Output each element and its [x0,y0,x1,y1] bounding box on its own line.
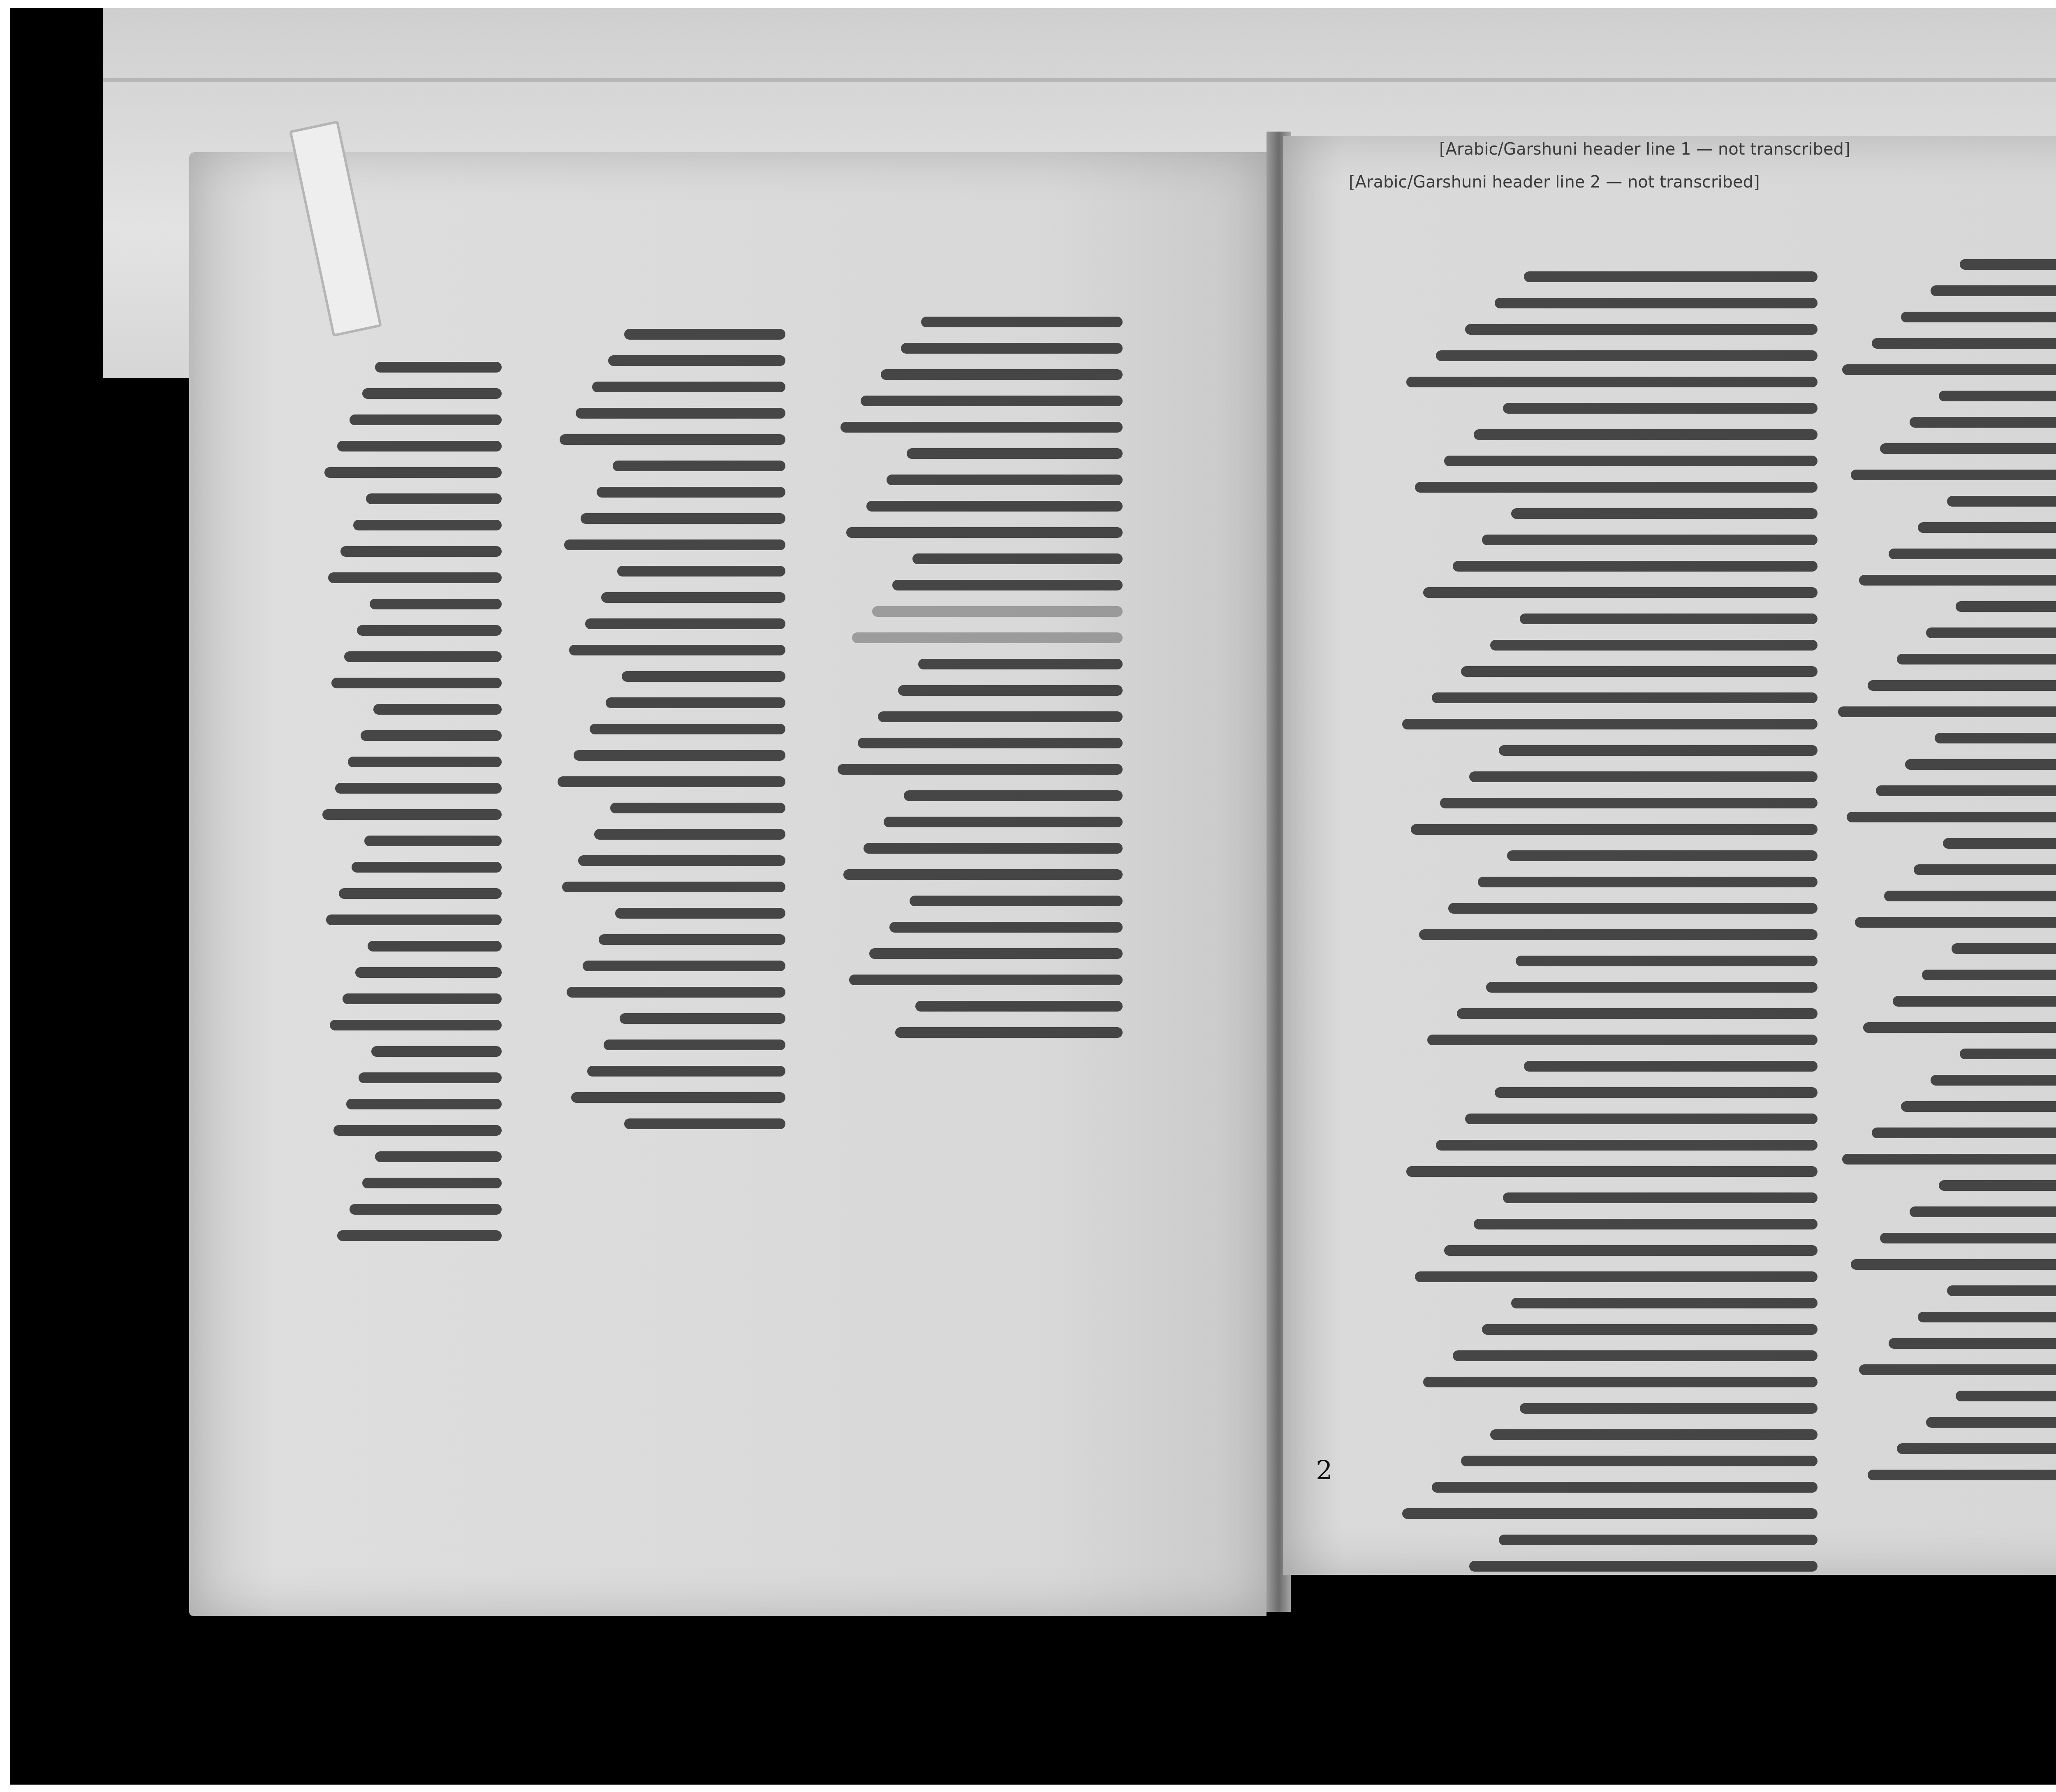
script-line [869,948,1123,959]
script-line [1469,1561,1818,1572]
script-line [1444,456,1818,466]
right-page: [Arabic/Garshuni header line 1 — not tra… [1283,136,2056,1575]
script-line [907,448,1123,459]
script-line [1524,271,1818,282]
script-line [1419,929,1818,940]
script-line [1868,680,2056,691]
script-line [1956,1391,2056,1401]
script-line [1402,719,1818,729]
script-line [622,671,785,682]
script-line [1901,1101,2056,1112]
script-line [1503,1192,1818,1203]
script-line [861,396,1123,406]
left-page-column-1 [321,362,502,1241]
script-line [892,580,1123,590]
script-line [1499,745,1818,756]
left-page [189,152,1266,1616]
script-line [362,1178,502,1188]
script-line [1499,1535,1818,1545]
script-line [1490,1429,1818,1440]
script-line [878,711,1123,722]
script-line [1876,785,2056,796]
script-line [1495,298,1818,308]
script-line [1507,850,1818,861]
open-manuscript: [Arabic/Garshuni header line 1 — not tra… [123,107,2056,1628]
right-page-header-line-2: [Arabic/Garshuni header line 2 — not tra… [1349,173,1760,192]
script-line [567,987,785,998]
script-line [1440,798,1818,808]
script-line [1436,350,1818,361]
script-line [1457,1008,1818,1019]
script-line [1453,561,1818,572]
script-line [1851,470,2056,480]
script-line [1947,496,2056,507]
shelf-line [103,78,2056,82]
script-line [1402,1508,1818,1519]
script-line [322,809,502,820]
script-line [1495,1087,1818,1098]
script-line [884,817,1123,827]
script-line [1918,522,2056,533]
script-line [585,618,785,629]
script-line [610,803,785,813]
script-line [624,1118,785,1129]
script-line [1511,508,1818,519]
script-line [339,888,502,899]
script-line [1406,1166,1818,1177]
script-line [1863,1022,2056,1033]
script-line [357,625,502,636]
script-line [359,1072,502,1083]
script-line [1847,812,2056,822]
script-line [368,941,502,952]
script-line [898,685,1123,696]
script-line [858,738,1123,748]
script-line [1465,324,1818,335]
script-line [840,422,1123,433]
script-line [887,475,1123,485]
script-line [576,408,785,419]
script-line [583,961,785,971]
script-line [1474,429,1818,440]
script-line [592,382,785,392]
script-line [1889,1338,2056,1349]
script-line [560,434,785,445]
script-line [918,659,1123,669]
script-line [1432,1482,1818,1493]
script-line [624,329,785,340]
script-line [846,527,1123,538]
script-line [581,513,785,524]
script-line [912,553,1123,564]
script-line [324,467,502,478]
script-line [1511,1298,1818,1308]
script-line [1453,1350,1818,1361]
script-line [1474,1219,1818,1229]
script-line [352,862,502,873]
right-page-column-1 [1398,271,1818,1572]
script-line [1423,1377,1818,1387]
script-line [1914,864,2056,875]
script-line [337,441,502,451]
script-line [1905,759,2056,770]
script-line [843,869,1123,880]
script-line [370,599,502,609]
script-line [599,934,785,945]
script-line [1482,1324,1818,1335]
script-line [564,539,785,550]
script-line [838,764,1123,775]
script-line [1478,877,1818,887]
script-line [1880,443,2056,454]
script-line [606,697,785,708]
script-line [1926,1417,2056,1428]
script-line [1897,654,2056,664]
script-line [562,882,785,892]
script-line [849,975,1123,985]
script-line [915,1001,1123,1012]
script-line [590,724,785,734]
script-line [1842,364,2056,375]
right-page-column-2 [1834,259,2056,1480]
script-line [1461,666,1818,677]
script-line [330,1020,502,1030]
script-line [866,501,1123,512]
script-line [1482,535,1818,545]
script-line [1516,956,1818,966]
script-line [617,566,785,576]
script-line [1859,1364,2056,1375]
script-line [1842,1154,2056,1165]
script-line [901,343,1123,354]
script-line [615,908,785,919]
script-line [864,843,1123,854]
script-line [355,967,502,978]
script-line [921,317,1123,327]
script-line [571,1092,785,1103]
script-line [366,493,502,504]
script-line [335,783,502,794]
right-page-header-line-1: [Arabic/Garshuni header line 1 — not tra… [1439,140,1850,159]
script-line [604,1040,785,1050]
script-line [1926,627,2056,638]
script-line [348,757,502,767]
script-line [326,915,502,925]
script-line [1960,259,2056,270]
script-line [1427,1035,1818,1045]
script-line [353,520,502,530]
script-line [574,750,785,761]
script-line [1432,692,1818,703]
script-line [587,1066,785,1077]
script-line [1939,391,2056,401]
script-line [1952,943,2056,954]
script-line [350,414,502,425]
script-line [1947,1285,2056,1296]
script-line [1918,1312,2056,1322]
script-line [346,1099,502,1109]
script-line [328,572,502,583]
script-line [1910,1206,2056,1217]
script-line [1922,970,2056,980]
script-line [1855,917,2056,928]
script-line [1943,838,2056,849]
script-line [1423,587,1818,598]
script-line [620,1013,785,1024]
script-line [350,1204,502,1215]
script-line [343,993,502,1004]
script-line [362,388,502,399]
script-line [1448,903,1818,914]
script-line [1851,1259,2056,1270]
script-line [872,606,1123,617]
script-line [1859,575,2056,586]
script-line [1901,312,2056,322]
script-line [1897,1443,2056,1454]
script-line [1411,824,1818,835]
script-line [558,776,785,787]
script-line [594,829,785,840]
script-line [1910,417,2056,428]
script-line [1415,482,1818,493]
script-line [601,592,785,603]
script-line [1872,1128,2056,1138]
script-line [337,1230,502,1241]
script-line [344,651,502,662]
script-line [1520,1403,1818,1414]
script-line [904,790,1123,801]
script-line [1406,377,1818,387]
script-line [375,362,502,373]
script-line [1838,706,2056,717]
script-line [1939,1180,2056,1191]
script-line [1444,1245,1818,1256]
script-line [569,645,785,655]
script-line [1880,1233,2056,1243]
script-line [1486,982,1818,993]
script-line [597,487,785,498]
script-line [371,1046,502,1057]
left-page-column-3 [835,317,1123,1038]
script-line [1461,1456,1818,1466]
script-line [1893,996,2056,1007]
script-line [1872,338,2056,349]
script-line [895,1027,1123,1038]
left-page-column-2 [555,329,785,1129]
script-line [364,836,502,846]
script-line [1465,1114,1818,1124]
script-line [613,461,785,471]
script-line [333,1125,502,1136]
script-line [1884,891,2056,901]
script-line [578,855,785,866]
script-line [889,922,1123,933]
script-line [1469,771,1818,782]
script-line [361,730,502,741]
script-line [1931,1075,2056,1086]
script-line [1868,1470,2056,1480]
script-line [375,1151,502,1162]
script-line [910,896,1123,906]
script-line [1520,614,1818,624]
script-line [1935,733,2056,743]
script-line [1415,1271,1818,1282]
script-line [881,369,1123,380]
script-line [1960,1049,2056,1059]
script-line [331,678,502,688]
folio-mark: 2 [1316,1456,1333,1486]
script-line [340,546,502,557]
script-line [1931,285,2056,296]
script-line [608,355,785,366]
script-line [1436,1140,1818,1151]
script-line [1956,601,2056,612]
script-line [1503,403,1818,414]
script-line [852,632,1123,643]
script-line [1490,640,1818,651]
script-line [1524,1061,1818,1072]
script-line [1889,549,2056,559]
script-line [373,704,502,715]
